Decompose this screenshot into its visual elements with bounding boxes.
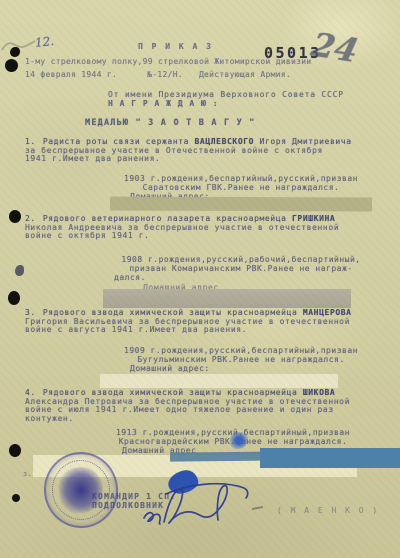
medal-line: МЕДАЛЬЮ " З А О Т В А Г У " [85,118,256,128]
item-number: 4. [25,388,36,397]
detail-line: дался. [114,274,382,283]
order-date: 14 февраля 1944 г. [25,70,117,79]
soldier-details-3: 1909 г.рождения,русский,беспартийный,при… [100,347,382,373]
soldier-details-2: 1908 г.рождения,русский,рабочий,беспарти… [100,256,382,282]
punch-hole [12,494,20,502]
item-line: войне с августа 1941 г.Имеет два ранения… [25,326,385,335]
item-number: 2. [25,214,36,223]
item-line: войне с октября 1941 г. [25,232,385,241]
award-item-4: 4.Рядового взвода химической защиты крас… [25,389,385,423]
handwritten-signature [138,478,273,530]
item-text: Игоря Дмитриевича [254,137,352,146]
punch-hole [9,444,21,457]
item-text: Радиста роты связи сержанта [43,137,195,146]
redaction-bar [110,197,372,212]
punch-hole [5,59,18,72]
soldier-name: ШИКОВА [303,388,336,397]
handwritten-page-number: 12. [34,34,54,50]
item-line: контужен. [25,415,385,424]
soldier-name: МАНЦЕРОВА [303,308,352,317]
army-label: Действующая Армия. [199,70,291,79]
award-item-3: 3.Рядового взвода химической защиты крас… [25,309,385,335]
soldier-name: ВАЦЛЕВСКОГО [195,137,255,146]
redaction-bar-blue [260,448,400,468]
unit-line: 1-му стрелковому полку,99 стрелковой Жит… [25,58,312,67]
punch-hole [8,291,20,305]
order-number: №-12/Н. [147,70,183,79]
item-line: войне с июля 1941 г.Имеет одно тяжелое р… [25,406,385,415]
typed-surname: ( М А Е Н К О ) [277,506,379,515]
item-text: Рядового ветеринарного лазарета красноар… [43,214,292,223]
item-number: 1. [25,137,36,146]
award-item-1: 1.Радиста роты связи сержанта ВАЦЛЕВСКОГ… [25,138,385,164]
handwritten-corner-number: 24 [308,25,362,70]
address-label: Домашний адрес: [130,365,382,374]
award-item-2: 2.Рядового ветеринарного лазарета красно… [25,215,385,241]
redaction-bar [103,289,351,308]
soldier-name: ГРИШКИНА [292,214,335,223]
date-line: 14 февраля 1944 г.№-12/Н.Действующая Арм… [25,71,291,80]
punch-hole [9,210,21,223]
scanned-order-document: 12. П Р И К А З 05013 24 1-му стрелковом… [0,0,400,558]
item-text: Рядового взвода химической защиты красно… [43,308,303,317]
ink-spot [15,265,24,276]
order-title: П Р И К А З [138,42,213,51]
item-text: Рядового взвода химической защиты красно… [43,388,303,397]
redaction-bar [100,374,338,388]
award-verb: Н А Г Р А Ж Д А Ю : [108,100,219,109]
margin-note: з. [23,470,31,478]
item-number: 3. [25,308,36,317]
item-line: 1941 г.Имеет два ранения. [25,155,385,164]
